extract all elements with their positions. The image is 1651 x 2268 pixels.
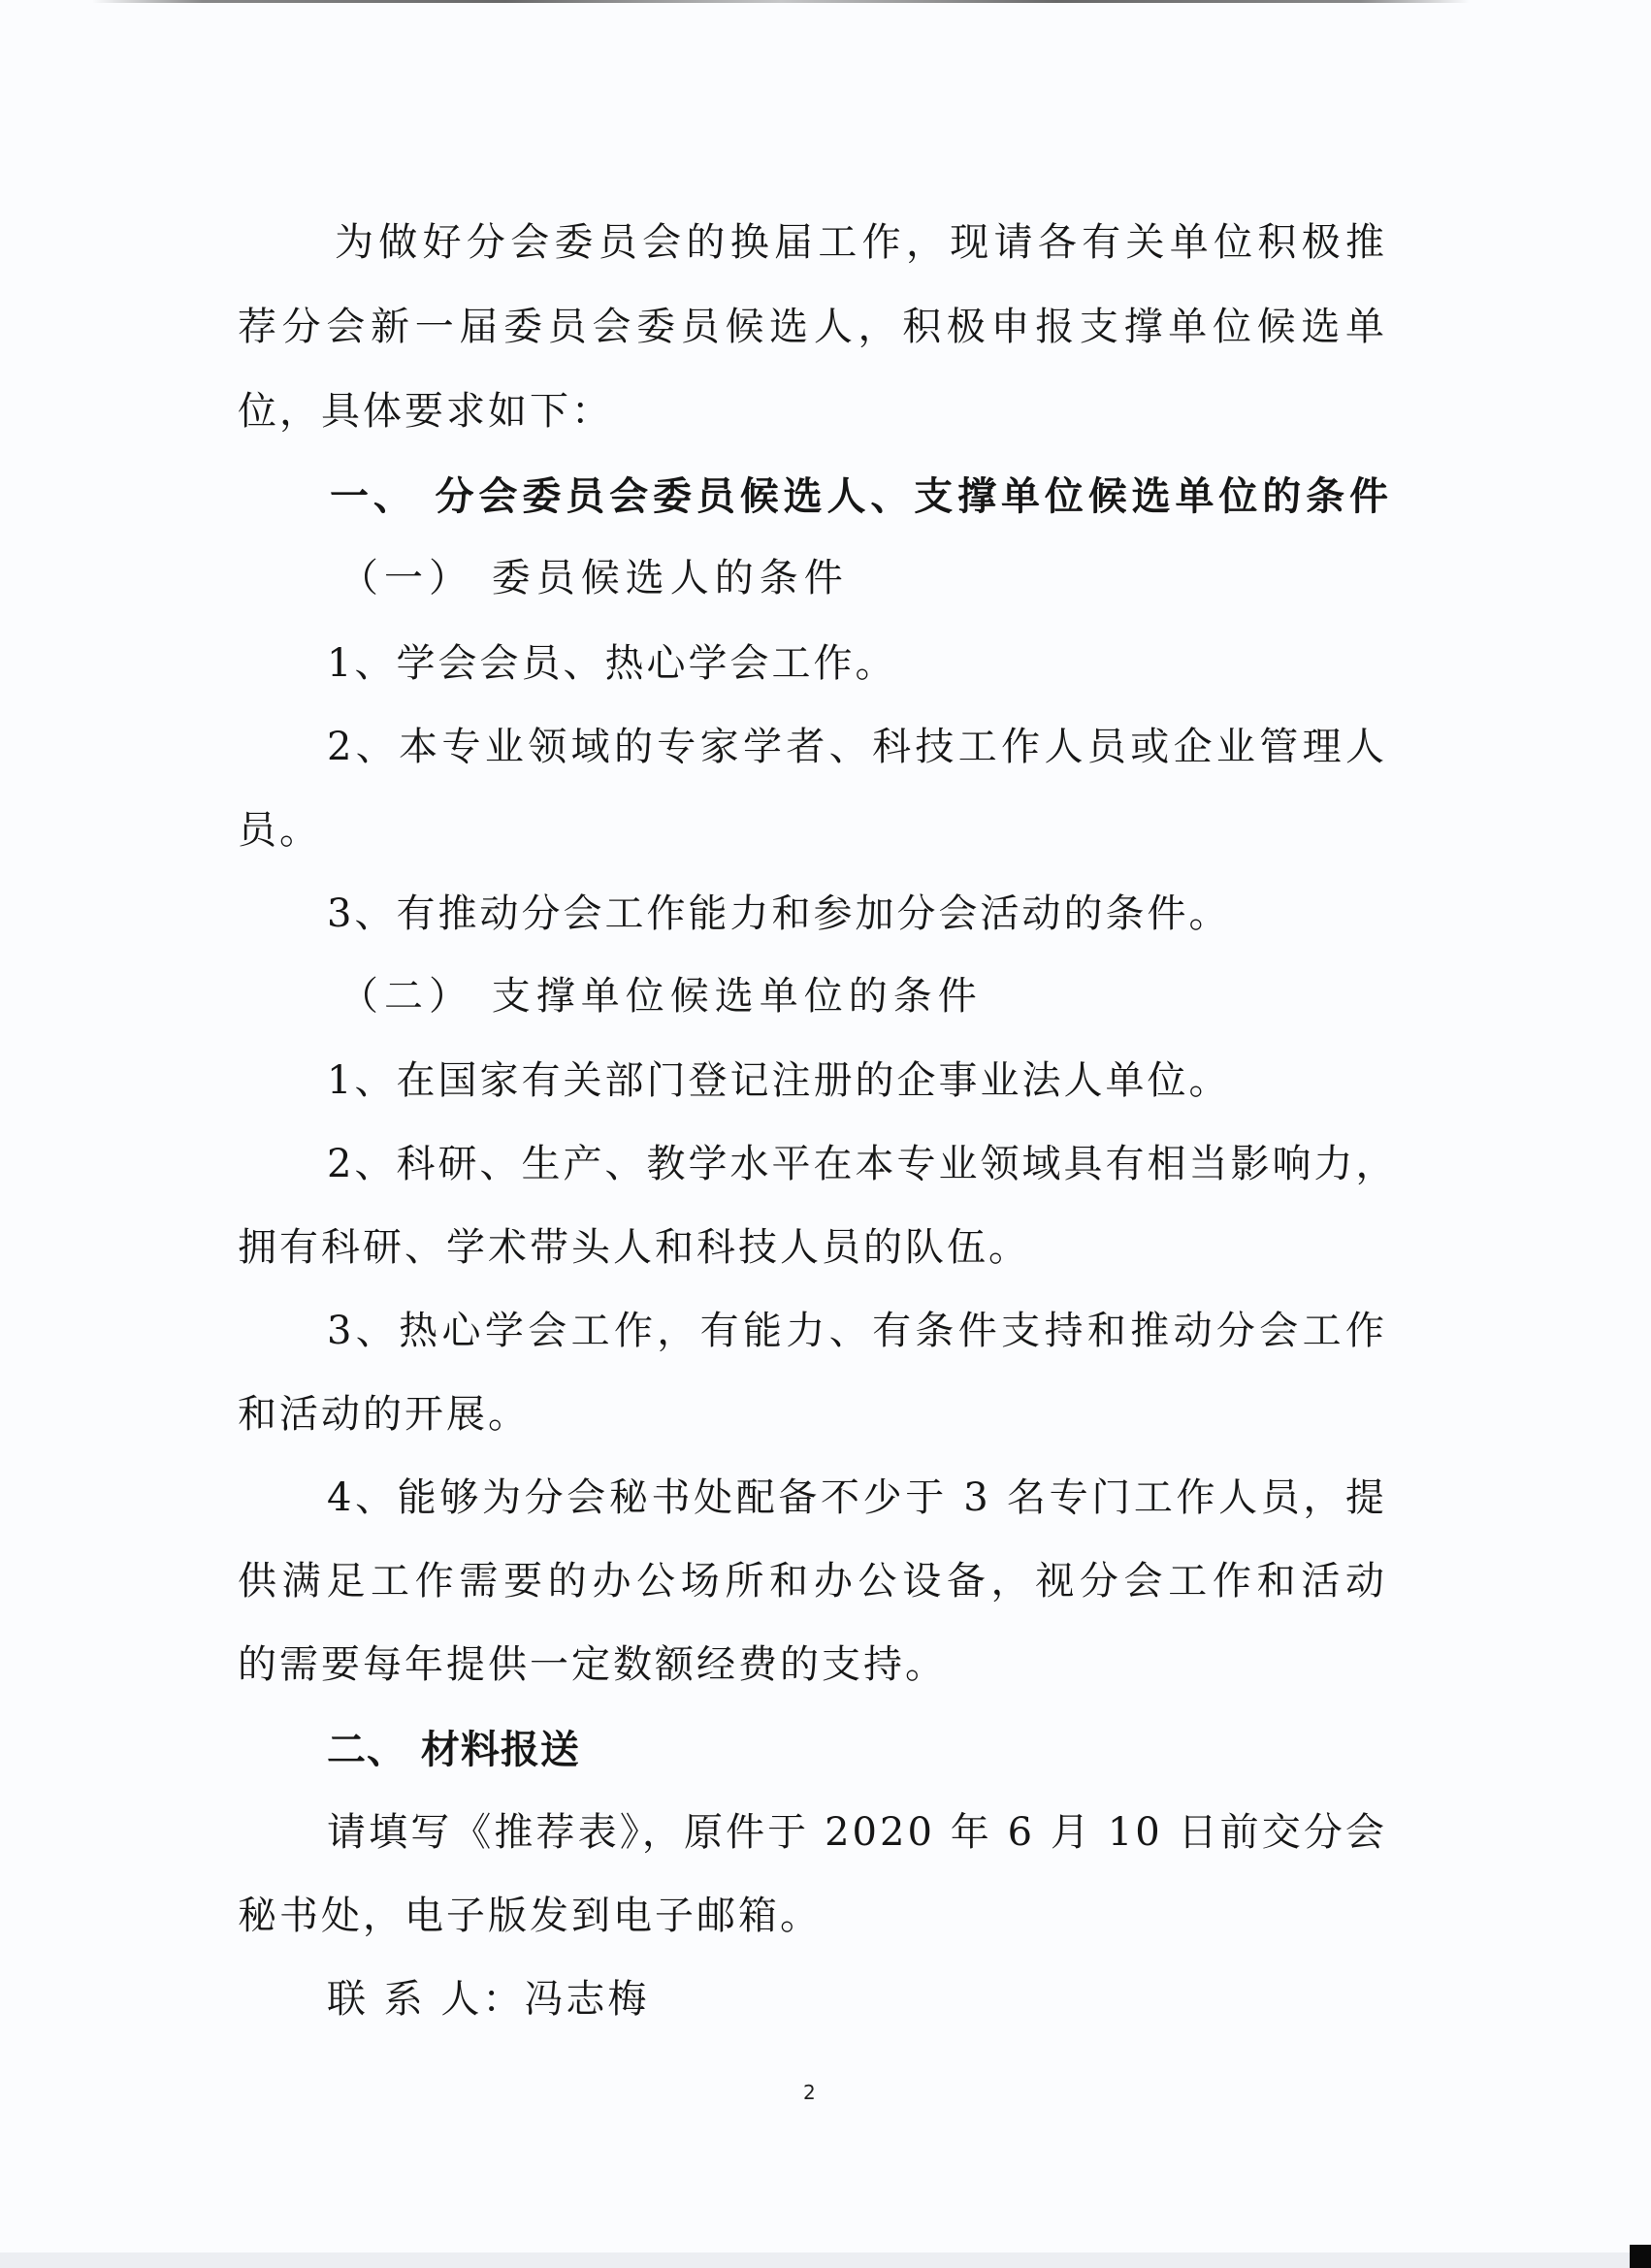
unit-criteria-item-2-line-2: 拥有科研、学术带头人和科技人员的队伍。: [238, 1224, 1030, 1271]
scan-bottom-band: [0, 2252, 1651, 2268]
scan-corner-mark: [1630, 2245, 1651, 2268]
contact-line: 联 系 人：冯志梅: [327, 1976, 649, 2023]
criteria-item-2-line-2: 员。: [238, 807, 321, 854]
criteria-item-1: 1、学会会员、热心学会工作。: [327, 640, 896, 687]
intro-line-2: 荐分会新一届委员会委员候选人，积极申报支撑单位候选单: [238, 304, 1387, 350]
unit-criteria-item-3-line-1: 3、热心学会工作，有能力、有条件支持和推动分会工作: [327, 1308, 1387, 1354]
unit-criteria-item-4-line-1: 4、能够为分会秘书处配备不少于 3 名专门工作人员，提: [327, 1474, 1387, 1521]
unit-criteria-item-4-line-2: 供满足工作需要的办公场所和办公设备，视分会工作和活动: [238, 1558, 1387, 1604]
subsection-2-heading: （二） 支撑单位候选单位的条件: [340, 973, 983, 1020]
unit-criteria-item-4-line-3: 的需要每年提供一定数额经费的支持。: [238, 1641, 947, 1688]
subsection-1-heading: （一） 委员候选人的条件: [340, 555, 849, 601]
intro-line-3: 位，具体要求如下：: [238, 388, 613, 435]
unit-criteria-item-2-line-1: 2、科研、生产、教学水平在本专业领域具有相当影响力，: [327, 1141, 1394, 1187]
contact-name: 冯志梅: [524, 1977, 649, 2022]
submission-line-1: 请填写《推荐表》，原件于 2020 年 6 月 10 日前交分会: [327, 1809, 1387, 1856]
unit-criteria-item-3-line-2: 和活动的开展。: [238, 1391, 530, 1438]
section-1-heading: 一、 分会委员会委员候选人、支撑单位候选单位的条件: [330, 473, 1389, 520]
scan-top-edge: [92, 0, 1470, 3]
intro-line-1: 为做好分会委员会的换届工作，现请各有关单位积极推: [335, 219, 1387, 266]
submission-line-2: 秘书处，电子版发到电子邮箱。: [238, 1893, 822, 1939]
page-number: 2: [803, 2081, 816, 2104]
section-2-heading: 二、 材料报送: [327, 1727, 580, 1773]
criteria-item-3: 3、有推动分会工作能力和参加分会活动的条件。: [327, 891, 1230, 937]
contact-label: 联 系 人：: [327, 1977, 524, 2022]
criteria-item-2-line-1: 2、本专业领域的专家学者、科技工作人员或企业管理人: [327, 724, 1387, 770]
unit-criteria-item-1: 1、在国家有关部门登记注册的企事业法人单位。: [327, 1057, 1230, 1104]
